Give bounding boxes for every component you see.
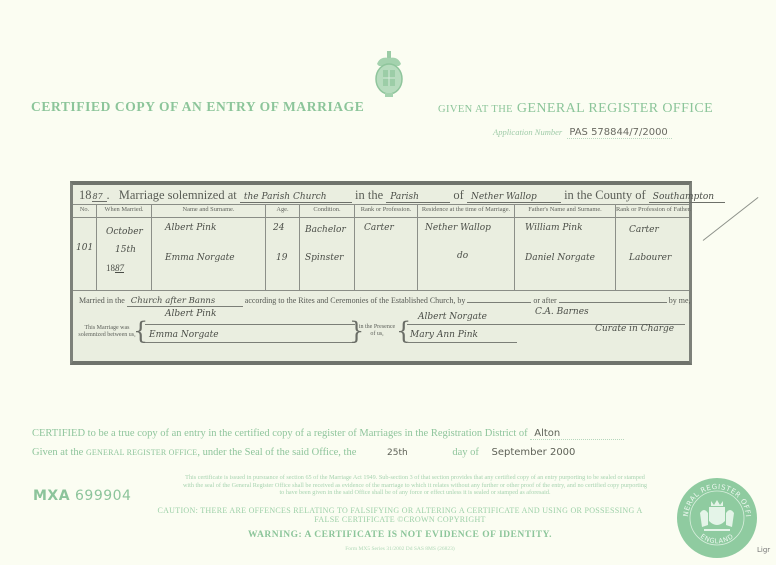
certification-day: 25th [387, 448, 408, 458]
married-in-label: Married in the [79, 296, 125, 305]
issuing-office-prefix: GIVEN AT THE [438, 104, 513, 115]
column-header-name: Name and Surname. [152, 206, 265, 213]
given-at-label: Given at the [32, 447, 83, 458]
residence-ditto: do [457, 251, 468, 261]
groom-father-name: William Pink [525, 223, 583, 233]
county-label: in the County of [564, 188, 646, 202]
witness-2: Mary Ann Pink [410, 330, 478, 340]
signature-line [145, 342, 355, 343]
bride-father-rank: Labourer [629, 253, 671, 263]
form-code: Form MX5 Series 31/2002 Dd SAS 8MS (2682… [150, 546, 650, 552]
caution-notice: CAUTION: THERE ARE OFFENCES RELATING TO … [150, 506, 650, 524]
or-after-blank [559, 302, 667, 303]
groom-signature: Albert Pink [165, 309, 216, 319]
column-divider [299, 204, 300, 290]
certification-text: CERTIFIED to be a true copy of an entry … [32, 428, 528, 439]
column-header-when-married: When Married. [97, 206, 151, 213]
marriage-year: 1887 [106, 263, 124, 273]
column-header-no: No. [73, 206, 96, 213]
solemnized-label: Marriage solemnized at [119, 188, 237, 202]
of-label: of [453, 188, 463, 202]
given-at-office: General Register Office [86, 448, 197, 457]
marriage-day: 15th [115, 245, 136, 255]
column-divider [417, 204, 418, 290]
column-header-age: Age. [266, 206, 299, 213]
certification-line-2: Given at the General Register Office, un… [32, 447, 575, 458]
bride-name: Emma Norgate [165, 253, 235, 263]
column-header-father-rank: Rank or Profession of Father. [616, 206, 689, 213]
marriage-register-entry: 1887. Marriage solemnized at the Parish … [70, 181, 692, 365]
officiant-title: Curate in Charge [595, 324, 674, 334]
seal-text: , under the Seal of the said Office, the [197, 447, 356, 458]
bride-age: 19 [276, 253, 287, 263]
entry-number: 101 [76, 243, 93, 253]
certification-line-1: CERTIFIED to be a true copy of an entry … [32, 428, 624, 440]
parish-type: Parish [386, 192, 450, 203]
marriage-month: October [106, 227, 143, 237]
witness-brace: { [396, 319, 411, 343]
signature-line [145, 324, 355, 325]
presence-of-label: in the Presence of us, [357, 324, 397, 338]
column-divider [265, 204, 266, 290]
margin-pen-mark [703, 197, 759, 241]
in-the-label: in the [355, 188, 383, 202]
married-in-value: Church after Banns [127, 296, 243, 307]
column-header-rank: Rank or Profession. [355, 206, 417, 213]
day-of-label: day of [452, 447, 479, 458]
registration-district: Alton [530, 428, 624, 440]
by-blank [467, 302, 531, 303]
solemnized-place: the Parish Church [240, 192, 352, 203]
register-year: 87 [92, 192, 107, 202]
between-us-label: This Marriage was solemnized between us, [78, 325, 136, 339]
residence: Nether Wallop [425, 223, 491, 233]
application-number-label: Application Number [493, 127, 562, 137]
rites-text: according to the Rites and Ceremonies of… [245, 296, 466, 305]
register-column-headers: No. When Married. Name and Surname. Age.… [73, 204, 689, 218]
column-divider [514, 204, 515, 290]
left-brace: { [133, 319, 148, 343]
or-after-label: or after [533, 296, 556, 305]
column-divider [151, 204, 152, 290]
seal-initials: Ligr [757, 546, 770, 554]
gro-seal-icon: GENERAL REGISTER OFFICE ENGLAND [676, 477, 758, 559]
bride-condition: Spinster [305, 253, 343, 263]
issuing-office-name: GENERAL REGISTER OFFICE [517, 101, 713, 116]
identity-warning: WARNING: A CERTIFICATE IS NOT EVIDENCE O… [150, 530, 650, 540]
row-divider [73, 290, 689, 291]
groom-father-rank: Carter [629, 225, 659, 235]
bride-signature: Emma Norgate [149, 330, 219, 340]
column-header-condition: Condition. [300, 206, 354, 213]
application-number: Application Number PAS 578844/7/2000 [493, 127, 672, 138]
column-divider [615, 204, 616, 290]
officiant-signature: C.A. Barnes [535, 307, 589, 317]
serial-prefix: MXA [33, 488, 70, 504]
groom-name: Albert Pink [165, 223, 216, 233]
serial-number: 699904 [75, 488, 131, 504]
groom-age: 24 [273, 223, 284, 233]
county-name: Southampton [649, 192, 725, 203]
certification-month-year: September 2000 [492, 447, 576, 458]
parish-name: Nether Wallop [467, 192, 561, 203]
column-header-residence: Residence at the time of Marriage. [418, 206, 514, 213]
certificate-serial: MXA 699904 [33, 488, 131, 504]
column-header-father-name: Father's Name and Surname. [515, 206, 615, 213]
witness-1: Albert Norgate [418, 312, 487, 322]
by-me-label: by me, [669, 296, 691, 305]
issuing-office-title: GIVEN AT THE GENERAL REGISTER OFFICE [438, 101, 713, 117]
application-number-value: PAS 578844/7/2000 [567, 127, 671, 139]
document-title: CERTIFIED COPY OF AN ENTRY OF MARRIAGE [31, 99, 364, 115]
royal-crest-icon [372, 50, 406, 98]
groom-rank: Carter [364, 223, 394, 233]
column-divider [354, 204, 355, 290]
signature-line [407, 342, 517, 343]
column-divider [96, 204, 97, 290]
bride-father-name: Daniel Norgate [525, 253, 595, 263]
married-in-line: Married in the Church after Banns accord… [79, 296, 691, 307]
legal-small-print: This certificate is issued in pursuance … [180, 474, 650, 497]
register-year-prefix: 18 [79, 188, 92, 202]
register-heading: 1887. Marriage solemnized at the Parish … [79, 188, 725, 203]
groom-condition: Bachelor [305, 225, 346, 235]
